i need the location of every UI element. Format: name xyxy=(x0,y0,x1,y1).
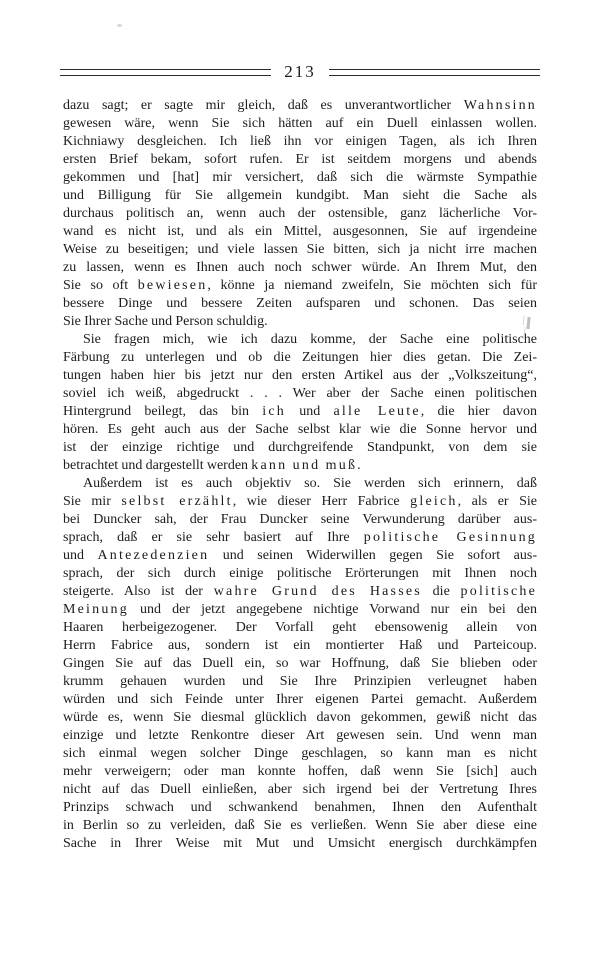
text-line: Meinung und der jetzt angegebene nichtig… xyxy=(63,601,537,619)
text-line: bei Duncker sah, der Frau Duncker seine … xyxy=(63,511,537,529)
text-segment: Haaren herbeigezogener. Der Vorfall geht… xyxy=(63,620,537,635)
text-line: und Antezedenzien und seinen Widerwillen… xyxy=(63,547,537,565)
text-line: sich einmal wegen solcher Dinge geschlag… xyxy=(63,745,537,763)
header-rule-left xyxy=(60,69,271,76)
text-line: würden und sich Feinde unter Ihrer eigen… xyxy=(63,691,537,709)
text-line: Sache in Ihrer Weise mit Mut und Umsicht… xyxy=(63,835,537,853)
text-segment: gekommen und [hat] mir versichert, daß s… xyxy=(63,170,537,185)
header-rule-right xyxy=(329,69,540,76)
emphasized-text: ich xyxy=(262,404,286,419)
text-line: würde es, wenn Sie diesmal glücklich dav… xyxy=(63,709,537,727)
text-segment: und Billigung für Sie allgemein kundgibt… xyxy=(63,188,537,203)
text-segment: , als er Sie xyxy=(458,494,537,509)
text-segment: sprach, daß er sie sehr basiert auf Ihre xyxy=(63,530,364,545)
text-line: einzige und letzte Renkontre dieser Art … xyxy=(63,727,537,745)
text-segment: und der jetzt angegebene nichtige Vorwan… xyxy=(129,602,537,617)
text-line: Weise zu beseitigen; und viele lassen Si… xyxy=(63,241,537,259)
text-line: Sie fragen mich, wie ich dazu komme, der… xyxy=(63,331,537,349)
text-line: krumm gehauen wurden und Sie Ihre Prinzi… xyxy=(63,673,537,691)
text-segment: betrachtet und dargestellt werden xyxy=(63,458,251,473)
emphasized-text: politische xyxy=(461,584,537,599)
paragraph: dazu sagt; er sagte mir gleich, daß es u… xyxy=(63,97,537,331)
text-line: Haaren herbeigezogener. Der Vorfall geht… xyxy=(63,619,537,637)
text-line: Herrn Fabrice aus, sondern ist ein monti… xyxy=(63,637,537,655)
text-segment: die xyxy=(422,584,461,599)
text-segment: hören. Es geht auch aus der Sache selbst… xyxy=(63,422,537,437)
text-segment: Kichniawy desgleichen. Ich ließ ihn vor … xyxy=(63,134,537,149)
text-segment: sich einmal wegen solcher Dinge geschlag… xyxy=(63,746,537,761)
text-line: steigerte. Also ist der wahre Grund des … xyxy=(63,583,537,601)
paper-speck xyxy=(117,24,122,27)
emphasized-text: politische Gesinnung xyxy=(364,530,537,545)
text-segment: würde es, wenn Sie diesmal glücklich dav… xyxy=(63,710,537,725)
text-segment: einzige und letzte Renkontre dieser Art … xyxy=(63,728,537,743)
text-segment: Sie Ihrer Sache und Person schuldig. xyxy=(63,314,268,329)
page-body: dazu sagt; er sagte mir gleich, daß es u… xyxy=(63,97,537,853)
emphasized-text: wahre Grund des Hasses xyxy=(214,584,422,599)
text-segment: soviel ich weiß, abgedruckt . . . Wer ab… xyxy=(63,386,537,401)
text-segment: , wie dieser Herr Fabrice xyxy=(233,494,410,509)
text-line: soviel ich weiß, abgedruckt . . . Wer ab… xyxy=(63,385,537,403)
text-segment: wand es nicht ist, und als ein Mittel, a… xyxy=(63,224,537,239)
text-segment: und xyxy=(286,404,333,419)
text-line: Sie so oft bewiesen, könne ja niemand zw… xyxy=(63,277,537,295)
text-line: dazu sagt; er sagte mir gleich, daß es u… xyxy=(63,97,537,115)
text-segment: in Berlin so zu verleiden, daß Sie es ve… xyxy=(63,818,537,833)
text-segment: , könne ja niemand zweifeln, Sie möchten… xyxy=(207,278,537,293)
text-line: zu lassen, wenn es Ihnen auch noch schwe… xyxy=(63,259,537,277)
book-page: 213 dazu sagt; er sagte mir gleich, daß … xyxy=(0,0,600,957)
text-line: gekommen und [hat] mir versichert, daß s… xyxy=(63,169,537,187)
text-segment: ist der einzige richtige und durchgreife… xyxy=(63,440,537,455)
text-segment: nicht auf das Duell einließen, aber sich… xyxy=(63,782,537,797)
text-segment: tungen haben hier bis jetzt nur den erst… xyxy=(63,368,537,383)
text-segment: . xyxy=(357,458,361,473)
text-segment: steigerte. Also ist der xyxy=(63,584,214,599)
text-segment: zu lassen, wenn es Ihnen auch noch schwe… xyxy=(63,260,537,275)
text-segment: Sache in Ihrer Weise mit Mut und Umsicht… xyxy=(63,836,537,851)
text-segment: Färbung zu unterlegen und ob die Zeitung… xyxy=(63,350,537,365)
text-line: sprach, daß er sie sehr basiert auf Ihre… xyxy=(63,529,537,547)
text-segment: bessere Dinge und bessere Zeiten aufspar… xyxy=(63,296,537,311)
page-number: 213 xyxy=(271,62,329,81)
text-segment: würden und sich Feinde unter Ihrer eigen… xyxy=(63,692,537,707)
text-line: tungen haben hier bis jetzt nur den erst… xyxy=(63,367,537,385)
text-line: ersten Brief bekam, sofort rufen. Er ist… xyxy=(63,151,537,169)
emphasized-text: gleich xyxy=(410,494,457,509)
emphasized-text: alle Leute xyxy=(333,404,420,419)
text-segment: sprach, der sich durch einige politische… xyxy=(63,566,537,581)
text-segment: Prinzips schwach und schwankend benahmen… xyxy=(63,800,537,815)
text-line: Sie mir selbst erzählt, wie dieser Herr … xyxy=(63,493,537,511)
text-line: sprach, der sich durch einige politische… xyxy=(63,565,537,583)
text-line: gewesen wäre, wenn Sie sich hätten auf e… xyxy=(63,115,537,133)
text-segment: krumm gehauen wurden und Sie Ihre Prinzi… xyxy=(63,674,537,689)
text-segment: Sie mir xyxy=(63,494,121,509)
text-line: betrachtet und dargestellt werden kann u… xyxy=(63,457,537,475)
text-line: wand es nicht ist, und als ein Mittel, a… xyxy=(63,223,537,241)
text-line: Außerdem ist es auch objektiv so. Sie we… xyxy=(63,475,537,493)
emphasized-text: bewiesen xyxy=(138,278,208,293)
text-line: ist der einzige richtige und durchgreife… xyxy=(63,439,537,457)
text-segment: Außerdem ist es auch objektiv so. Sie we… xyxy=(83,476,537,491)
text-segment: Herrn Fabrice aus, sondern ist ein monti… xyxy=(63,638,537,653)
text-segment: Sie fragen mich, wie ich dazu komme, der… xyxy=(83,332,537,347)
text-segment: und seinen Widerwillen gegen Sie sofort … xyxy=(209,548,537,563)
text-line: Kichniawy desgleichen. Ich ließ ihn vor … xyxy=(63,133,537,151)
emphasized-text: selbst erzählt xyxy=(121,494,232,509)
text-segment: und xyxy=(63,548,98,563)
emphasized-text: Wahnsinn xyxy=(464,98,537,113)
text-segment: durchaus politisch an, wenn auch der ost… xyxy=(63,206,537,221)
text-segment: Sie so oft xyxy=(63,278,138,293)
text-line: in Berlin so zu verleiden, daß Sie es ve… xyxy=(63,817,537,835)
text-segment: Weise zu beseitigen; und viele lassen Si… xyxy=(63,242,537,257)
text-line: und Billigung für Sie allgemein kundgibt… xyxy=(63,187,537,205)
text-line: Prinzips schwach und schwankend benahmen… xyxy=(63,799,537,817)
text-line: bessere Dinge und bessere Zeiten aufspar… xyxy=(63,295,537,313)
text-segment: , die hier davon xyxy=(421,404,537,419)
paragraph: Außerdem ist es auch objektiv so. Sie we… xyxy=(63,475,537,853)
text-line: Sie Ihrer Sache und Person schuldig. xyxy=(63,313,537,331)
text-segment: Gingen Sie auf das Duell ein, so war Hof… xyxy=(63,656,537,671)
text-line: nicht auf das Duell einließen, aber sich… xyxy=(63,781,537,799)
text-segment: mehr verweigern; oder man konnte hoffen,… xyxy=(63,764,537,779)
text-segment: dazu sagt; er sagte mir gleich, daß es u… xyxy=(63,98,464,113)
text-line: Gingen Sie auf das Duell ein, so war Hof… xyxy=(63,655,537,673)
emphasized-text: kann und muß xyxy=(251,458,357,473)
paragraph: Sie fragen mich, wie ich dazu komme, der… xyxy=(63,331,537,475)
text-segment: gewesen wäre, wenn Sie sich hätten auf e… xyxy=(63,116,537,131)
text-line: hören. Es geht auch aus der Sache selbst… xyxy=(63,421,537,439)
text-segment: ersten Brief bekam, sofort rufen. Er ist… xyxy=(63,152,537,167)
text-line: mehr verweigern; oder man konnte hoffen,… xyxy=(63,763,537,781)
text-segment: Hintergrund beilegt, das bin xyxy=(63,404,262,419)
text-line: durchaus politisch an, wenn auch der ost… xyxy=(63,205,537,223)
text-line: Färbung zu unterlegen und ob die Zeitung… xyxy=(63,349,537,367)
text-segment: bei Duncker sah, der Frau Duncker seine … xyxy=(63,512,537,527)
text-line: Hintergrund beilegt, das bin ich und all… xyxy=(63,403,537,421)
page-header: 213 xyxy=(60,63,540,82)
emphasized-text: Antezedenzien xyxy=(98,548,210,563)
emphasized-text: Meinung xyxy=(63,602,129,617)
